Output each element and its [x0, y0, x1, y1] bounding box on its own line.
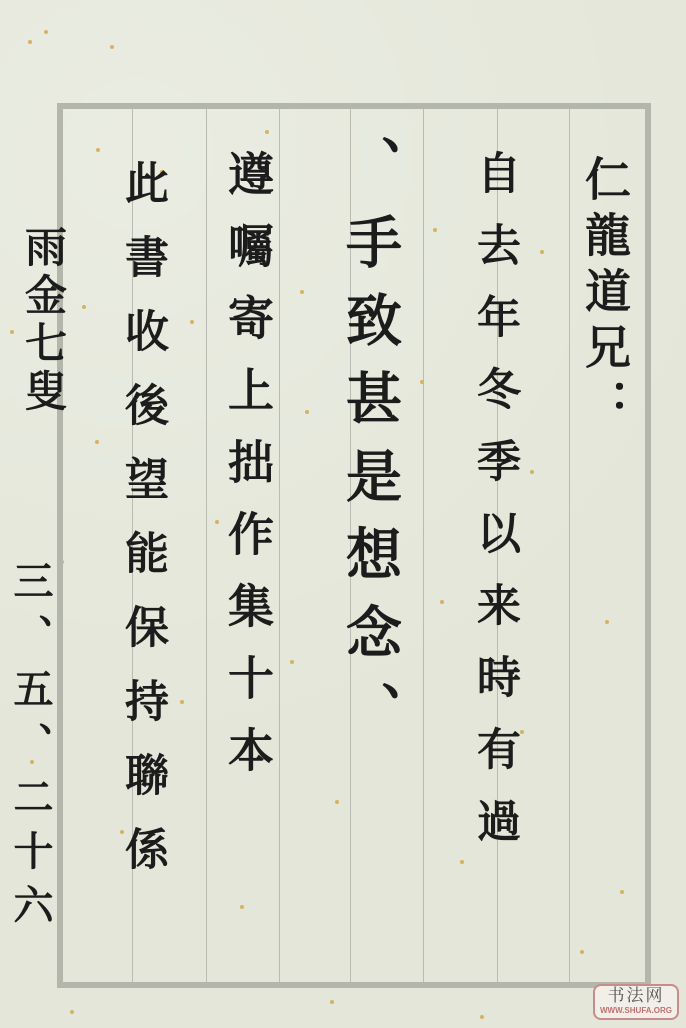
letter-column-5: 此書收後望能保持聯係 — [120, 160, 164, 900]
ruled-line — [206, 109, 207, 982]
ruled-line — [569, 109, 570, 982]
letter-column-4: 遵囑寄上拙作集十本 — [225, 150, 271, 798]
watermark-url: WWW.SHUFA.ORG — [595, 1006, 677, 1016]
letter-column-2: 自去年冬季以来時有過 — [472, 150, 516, 870]
ruled-line — [279, 109, 280, 982]
date: 三、五、二十六 — [10, 560, 50, 938]
watermark-title: 书法网 — [595, 986, 677, 1006]
site-watermark: 书法网 WWW.SHUFA.ORG — [593, 984, 679, 1020]
ruled-line — [423, 109, 424, 982]
letter-column-salutation: 仁龍道兄： — [582, 155, 628, 435]
letter-column-3: 、手致甚是想念、 — [342, 135, 398, 759]
signature: 雨金七叟 — [22, 225, 64, 417]
